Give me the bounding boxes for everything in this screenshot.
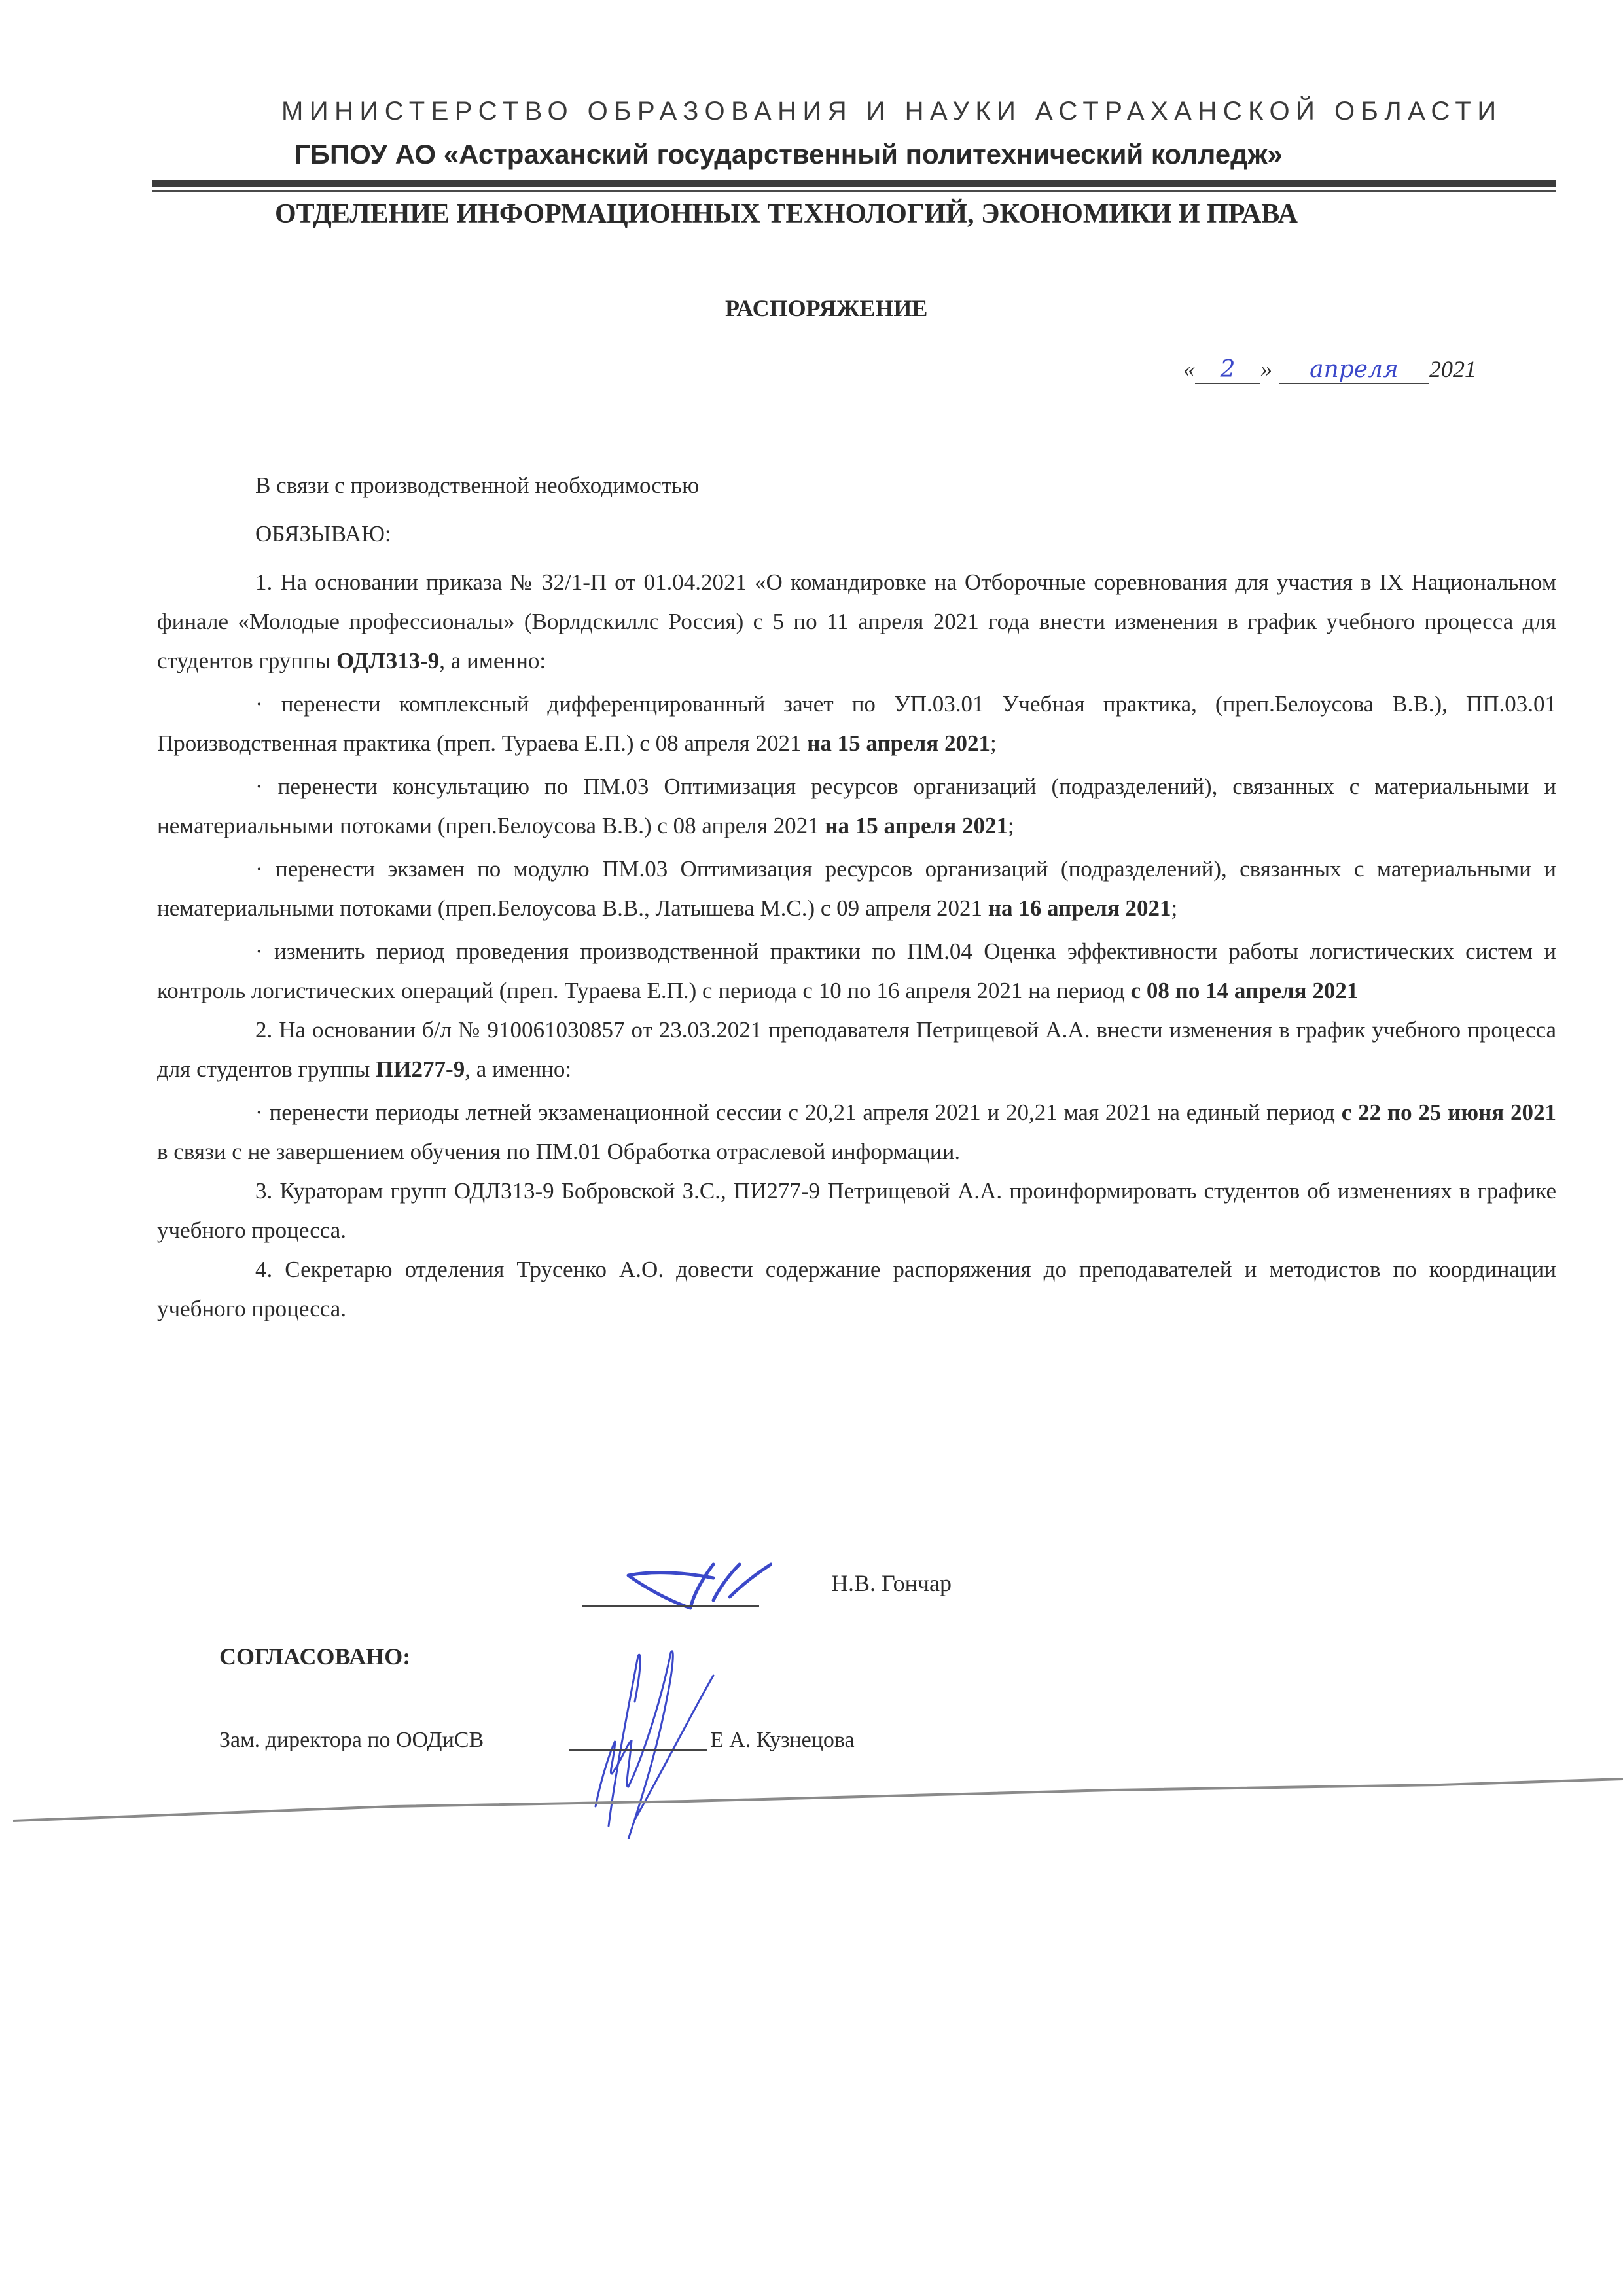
college-name: ГБПОУ АО «Астраханский государственный п… <box>294 139 1283 170</box>
date-year: 2021 <box>1429 356 1476 382</box>
deputy-director-role: Зам. директора по ООДиСВ <box>219 1728 484 1753</box>
bullet-marker: · <box>255 856 263 882</box>
signature-line-1 <box>582 1605 759 1607</box>
item-1-bullet-1: · перенести комплексный дифференцированн… <box>157 685 1556 763</box>
preamble: В связи с производственной необходимость… <box>157 466 1556 505</box>
header-rule-thin <box>152 190 1556 192</box>
item-1-bullet-2: · перенести консультацию по ПМ.03 Оптими… <box>157 767 1556 846</box>
signer-1-name: Н.В. Гончар <box>831 1570 952 1597</box>
scan-edge-line <box>0 1767 1623 1846</box>
group-pi277: ПИ277-9 <box>376 1056 465 1082</box>
item-1-bullet-3: · перенести экзамен по модулю ПМ.03 Опти… <box>157 850 1556 928</box>
bullet-marker: · <box>255 939 263 964</box>
document-title: РАСПОРЯЖЕНИЕ <box>725 295 927 322</box>
signature-line-2 <box>569 1749 707 1751</box>
date-month-handwritten: апреля <box>1279 356 1429 384</box>
item-1-bullet-4: · изменить период проведения производств… <box>157 932 1556 1011</box>
signer-2-name: Е А. Кузнецова <box>710 1728 855 1753</box>
item-4: 4. Секретарю отделения Трусенко А.О. дов… <box>157 1250 1556 1329</box>
group-odl313: ОДЛ313-9 <box>336 648 439 673</box>
bullet-marker: · <box>255 774 263 799</box>
document-date: «2»апреля2021 <box>1183 355 1476 384</box>
date-close-quote: » <box>1260 356 1272 382</box>
date-open-quote: « <box>1183 356 1195 382</box>
bullet-marker: · <box>255 691 263 717</box>
item-1: 1. На основании приказа № 32/1-П от 01.0… <box>157 563 1556 681</box>
document-body: В связи с производственной необходимость… <box>157 466 1556 1329</box>
item-2-bullet-1: · перенести периоды летней экзаменационн… <box>157 1093 1556 1172</box>
agreed-label: СОГЛАСОВАНО: <box>219 1643 410 1670</box>
bullet-marker: · <box>255 1100 263 1125</box>
item-2: 2. На основании б/л № 910061030857 от 23… <box>157 1011 1556 1089</box>
date-day-handwritten: 2 <box>1195 356 1260 384</box>
item-3: 3. Кураторам групп ОДЛ313-9 Бобровской З… <box>157 1172 1556 1250</box>
directive: ОБЯЗЫВАЮ: <box>157 514 1556 554</box>
department-name: ОТДЕЛЕНИЕ ИНФОРМАЦИОННЫХ ТЕХНОЛОГИЙ, ЭКО… <box>275 198 1298 230</box>
header-rule-thick <box>152 180 1556 187</box>
ministry-header: МИНИСТЕРСТВО ОБРАЗОВАНИЯ И НАУКИ АСТРАХА… <box>281 97 1525 126</box>
